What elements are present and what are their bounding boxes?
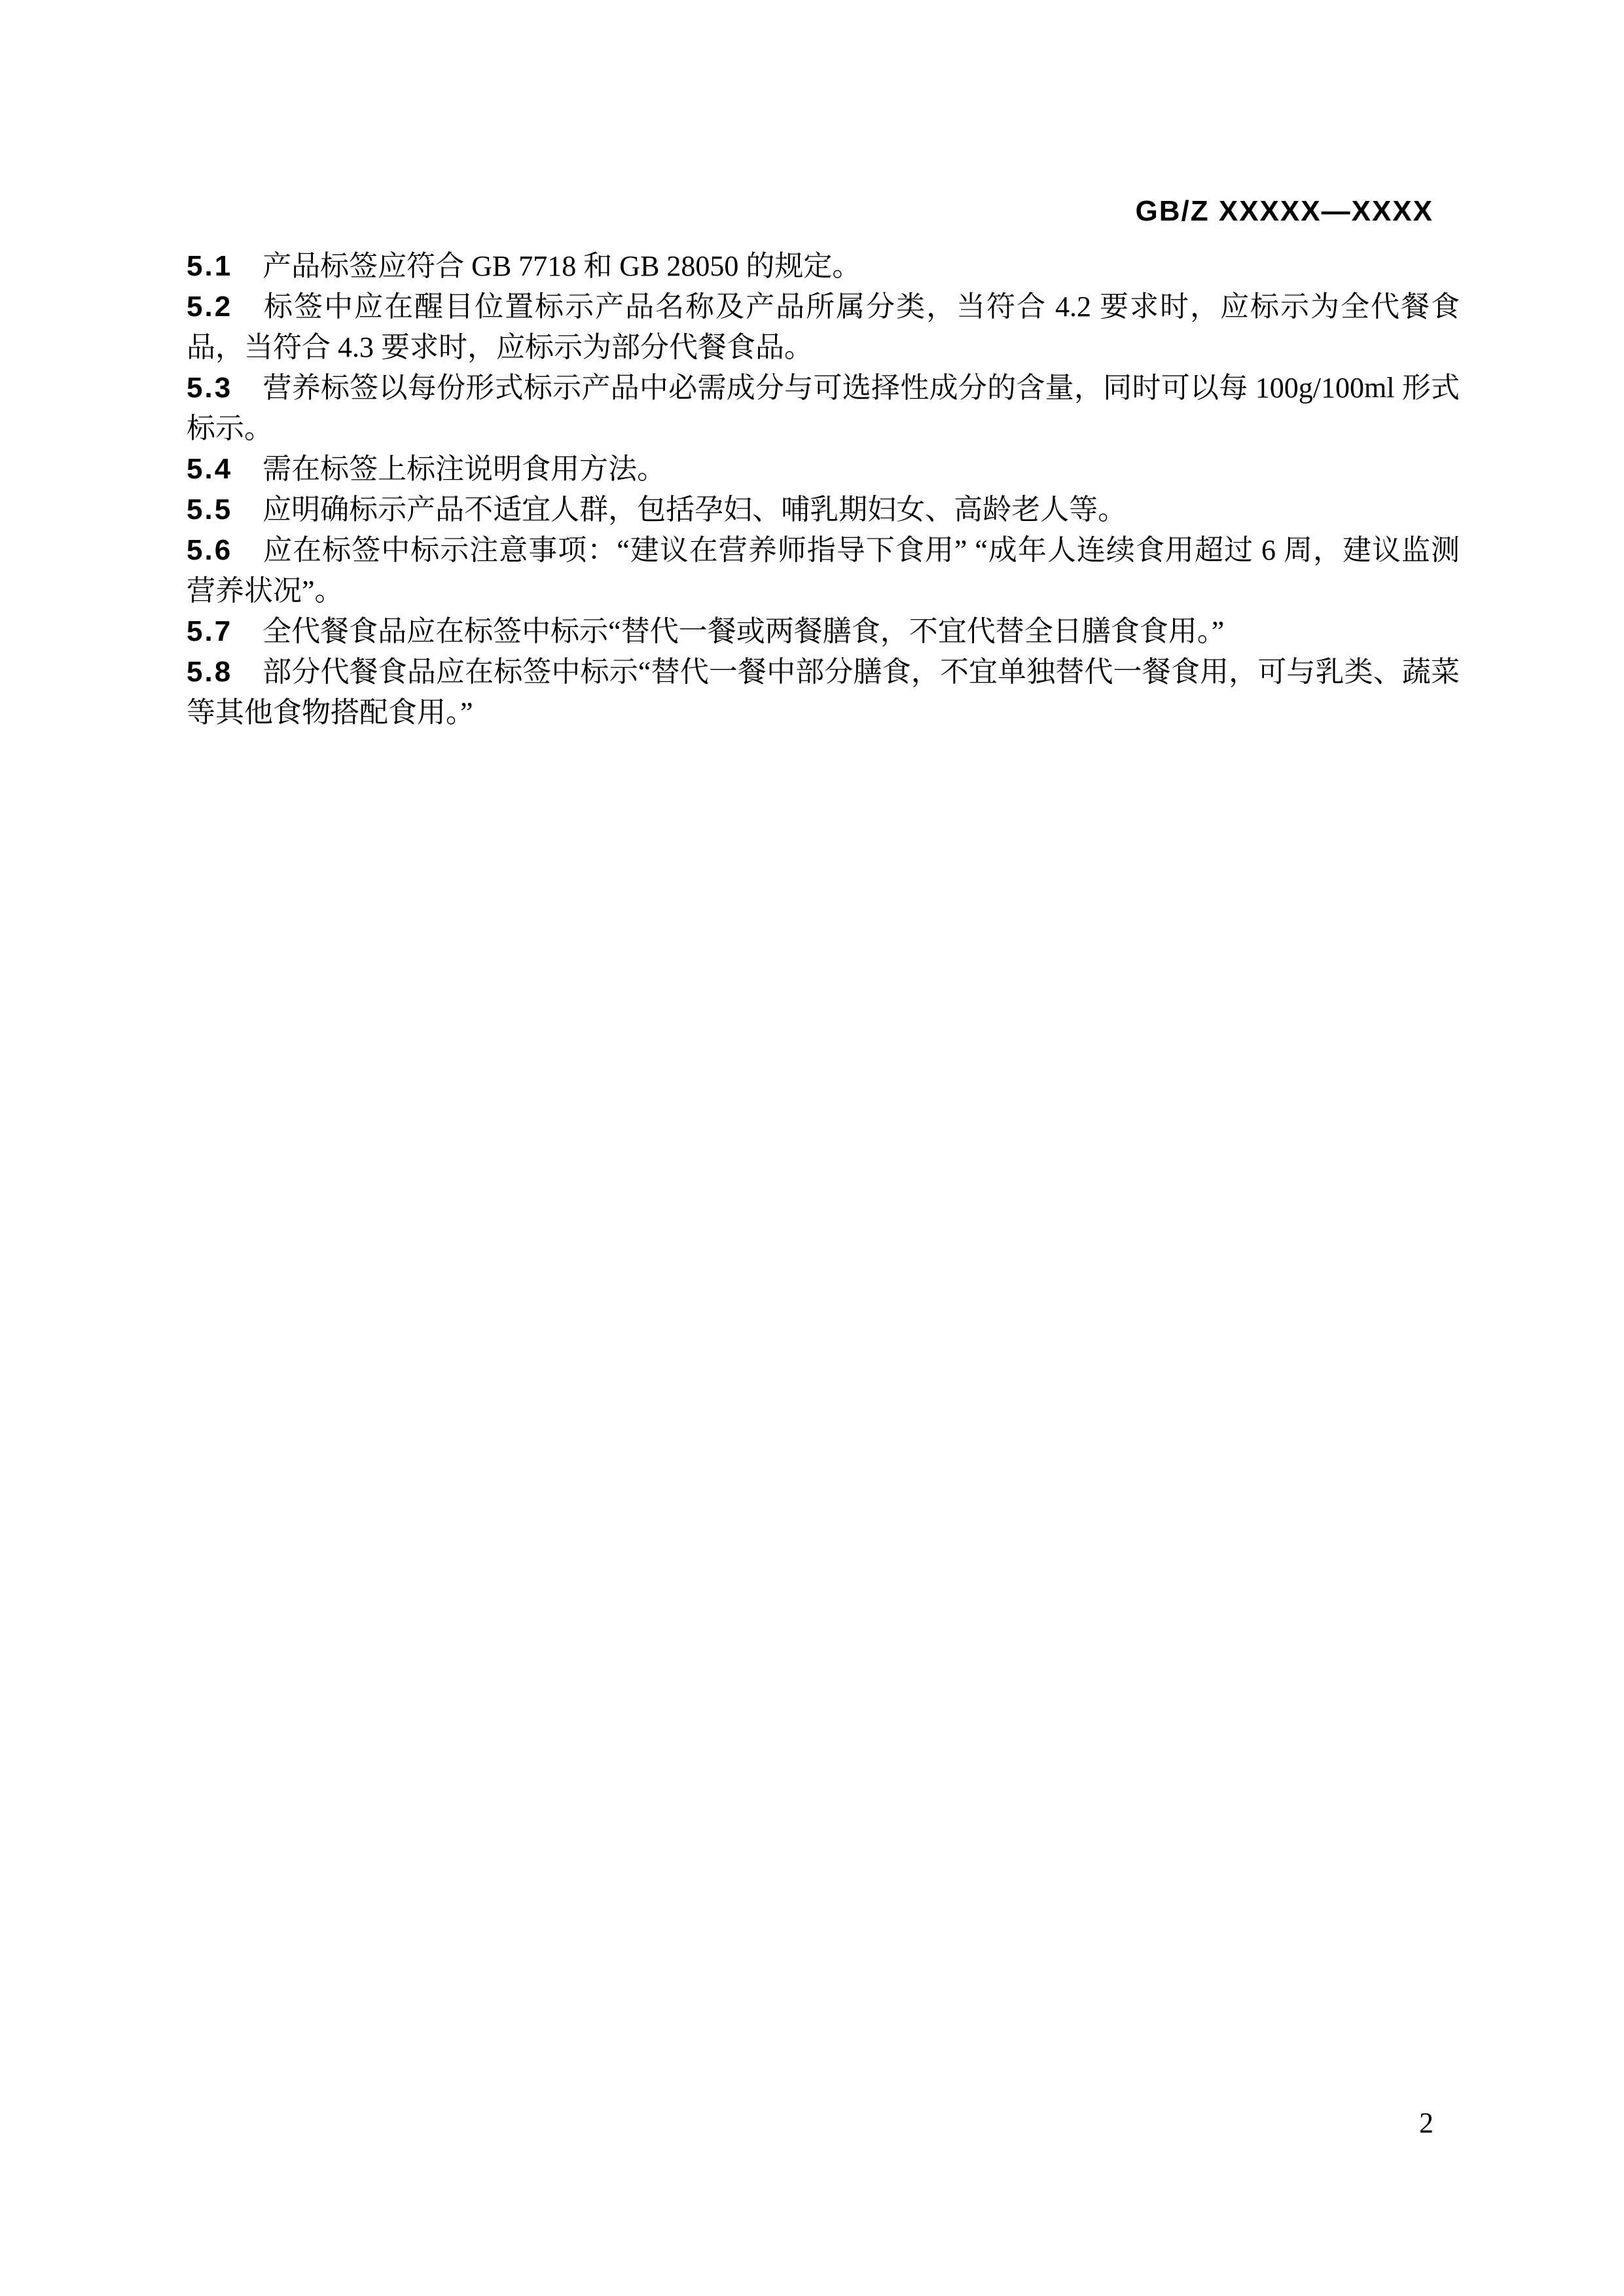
clause-number: 5.4 bbox=[187, 453, 232, 485]
clause-5-2: 5.2标签中应在醒目位置标示产品名称及产品所属分类，当符合 4.2 要求时，应标… bbox=[187, 287, 1460, 368]
clause-number: 5.6 bbox=[187, 534, 232, 566]
clause-5-8: 5.8部分代餐食品应在标签中标示“替代一餐中部分膳食，不宜单独替代一餐食用，可与… bbox=[187, 652, 1460, 733]
clause-text: 营养标签以每份形式标示产品中必需成分与可选择性成分的含量，同时可以每 100g/… bbox=[187, 372, 1460, 444]
clause-5-5: 5.5应明确标示产品不适宜人群，包括孕妇、哺乳期妇女、高龄老人等。 bbox=[187, 490, 1460, 530]
standard-code-header: GB/Z XXXXX—XXXX bbox=[187, 195, 1434, 228]
clause-text: 应明确标示产品不适宜人群，包括孕妇、哺乳期妇女、高龄老人等。 bbox=[262, 493, 1127, 526]
clause-text: 应在标签中标示注意事项：“建议在营养师指导下食用” “成年人连续食用超过 6 周… bbox=[187, 534, 1460, 607]
clause-text: 需在标签上标注说明食用方法。 bbox=[262, 453, 666, 485]
clauses-section: 5.1产品标签应符合 GB 7718 和 GB 28050 的规定。 5.2标签… bbox=[187, 246, 1460, 733]
clause-number: 5.5 bbox=[187, 493, 232, 526]
clause-number: 5.1 bbox=[187, 250, 232, 282]
clause-number: 5.8 bbox=[187, 656, 232, 688]
clause-5-4: 5.4需在标签上标注说明食用方法。 bbox=[187, 449, 1460, 490]
clause-text: 部分代餐食品应在标签中标示“替代一餐中部分膳食，不宜单独替代一餐食用，可与乳类、… bbox=[187, 656, 1460, 728]
clause-number: 5.3 bbox=[187, 372, 232, 404]
clause-text: 全代餐食品应在标签中标示“替代一餐或两餐膳食，不宜代替全日膳食食用。” bbox=[262, 615, 1224, 647]
clause-number: 5.2 bbox=[187, 291, 232, 323]
clause-5-6: 5.6应在标签中标示注意事项：“建议在营养师指导下食用” “成年人连续食用超过 … bbox=[187, 530, 1460, 611]
document-page: GB/Z XXXXX—XXXX 5.1产品标签应符合 GB 7718 和 GB … bbox=[0, 0, 1624, 2296]
clause-text: 产品标签应符合 GB 7718 和 GB 28050 的规定。 bbox=[262, 250, 861, 282]
clause-5-7: 5.7全代餐食品应在标签中标示“替代一餐或两餐膳食，不宜代替全日膳食食用。” bbox=[187, 611, 1460, 652]
clause-number: 5.7 bbox=[187, 615, 232, 647]
page-number: 2 bbox=[187, 2106, 1434, 2140]
clause-5-1: 5.1产品标签应符合 GB 7718 和 GB 28050 的规定。 bbox=[187, 246, 1460, 287]
clause-text: 标签中应在醒目位置标示产品名称及产品所属分类，当符合 4.2 要求时，应标示为全… bbox=[187, 291, 1460, 363]
clause-5-3: 5.3营养标签以每份形式标示产品中必需成分与可选择性成分的含量，同时可以每 10… bbox=[187, 368, 1460, 449]
